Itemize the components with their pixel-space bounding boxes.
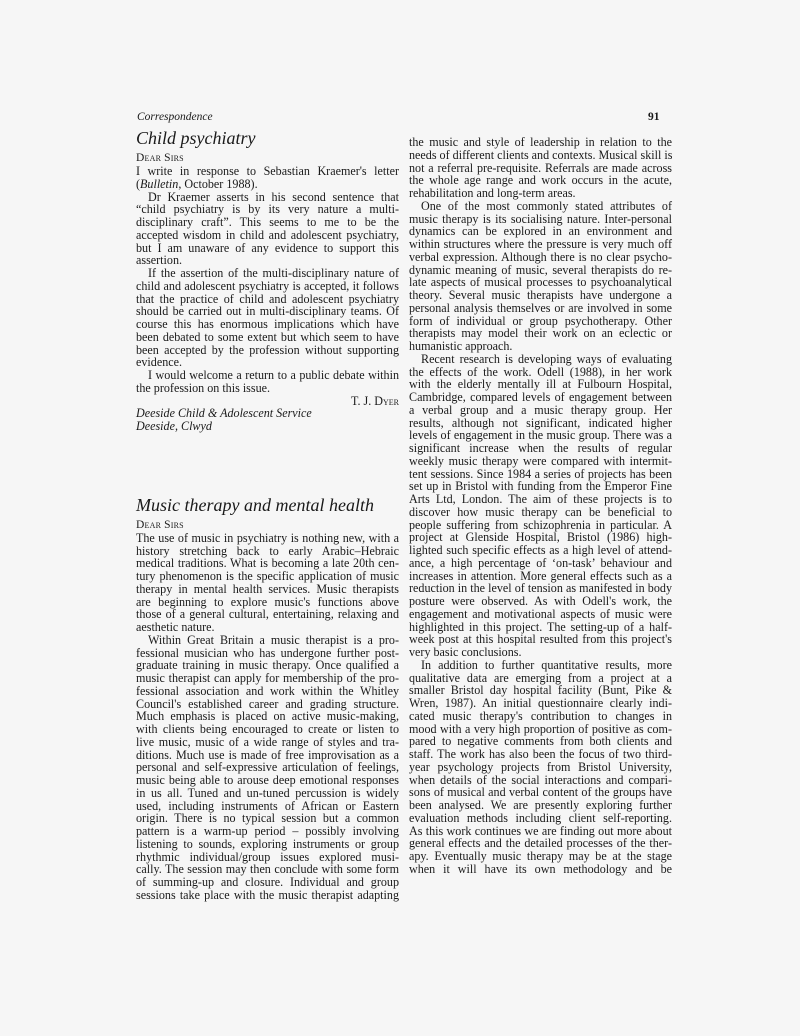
- text-line: weekly music therapy were compared with …: [409, 455, 672, 468]
- article-title-music-therapy: Music therapy and mental health: [136, 495, 399, 515]
- text-line: One of the most commonly stated attribut…: [409, 200, 672, 213]
- text-line: with clients being encouraged to create …: [136, 723, 399, 736]
- text-line: therapy in mental health services. Music…: [136, 583, 399, 596]
- text-line: I would welcome a return to a public deb…: [136, 369, 399, 382]
- running-head: Correspondence: [137, 111, 213, 123]
- text-line: fessional association and work within th…: [136, 685, 399, 698]
- text-line: Arts Ltd, London. The aim of these proje…: [409, 493, 672, 506]
- text-line: If the assertion of the multi-disciplina…: [136, 267, 399, 280]
- page-number: 91: [648, 111, 660, 123]
- text-line: ance, a high percentage of ‘on-task’ beh…: [409, 557, 672, 570]
- text-line: music being able to arouse deep emotiona…: [136, 774, 399, 787]
- text-line: staff. The work has also been the focus …: [409, 748, 672, 761]
- text-line: verbal expression. Although there is no …: [409, 251, 672, 264]
- text-line: been debated to some extent but which se…: [136, 331, 399, 344]
- text-line: evaluation methods including client self…: [409, 812, 672, 825]
- text-line: Recent research is developing ways of ev…: [409, 353, 672, 366]
- text-line: cated music therapy's contribution to ch…: [409, 710, 672, 723]
- text-line: In addition to further quantitative resu…: [409, 659, 672, 672]
- article-title-child-psychiatry: Child psychiatry: [136, 128, 399, 148]
- text-line: listening to sounds, exploring instrumen…: [136, 838, 399, 851]
- text-line: Cambridge, compared levels of engagement…: [409, 391, 672, 404]
- text-line: when it will have its own methodology an…: [409, 863, 672, 876]
- text-line: (Bulletin, October 1988).: [136, 178, 399, 191]
- text-line: within structures where the pressure is …: [409, 238, 672, 251]
- text-line: live music, music of a wide range of sty…: [136, 736, 399, 749]
- text-line: Wren, 1987). An initial questionnaire cl…: [409, 697, 672, 710]
- text-line: lighted such specific effects as a high …: [409, 544, 672, 557]
- text-line: been analysed. We are presently explorin…: [409, 799, 672, 812]
- text-line: apy. Eventually music therapy may be at …: [409, 850, 672, 863]
- text-line: discover how music therapy can be benefi…: [409, 506, 672, 519]
- letter-body-music-therapy-part1: The use of music in psychiatry is nothin…: [136, 532, 399, 902]
- letter-body-child-psychiatry: I write in response to Sebastian Kraemer…: [136, 165, 399, 395]
- text-line: music therapist can apply for membership…: [136, 672, 399, 685]
- text-line: Within Great Britain a music therapist i…: [136, 634, 399, 647]
- text-line: disciplinary craft”. This seems to me to…: [136, 216, 399, 229]
- right-column: the music and style of leadership in rel…: [409, 136, 672, 876]
- text-line: the music and style of leadership in rel…: [409, 136, 672, 149]
- journal-page: Correspondence 91 Child psychiatry Dear …: [0, 0, 800, 1036]
- text-line: course this has enormous implications wh…: [136, 318, 399, 331]
- text-line: of summing-up and closure. Individual an…: [136, 876, 399, 889]
- text-line: accepted wisdom in child and adolescent …: [136, 229, 399, 242]
- text-line: sessions take place with the music thera…: [136, 889, 399, 902]
- text-line: needs of different clients and contexts.…: [409, 149, 672, 162]
- text-line: aesthetic nature.: [136, 621, 399, 634]
- text-line: engagement and motivational aspects of m…: [409, 608, 672, 621]
- text-line: rehabilitation and long-term areas.: [409, 187, 672, 200]
- text-line: tury phenomenon is the specific applicat…: [136, 570, 399, 583]
- affiliation-line: Deeside, Clwyd: [136, 420, 399, 433]
- text-line: child and adolescent psychiatry is accep…: [136, 280, 399, 293]
- text-line: theory. Several music therapists have un…: [409, 289, 672, 302]
- text-line: a verbal group and a music therapy group…: [409, 404, 672, 417]
- letter-body-music-therapy-part2: the music and style of leadership in rel…: [409, 136, 672, 876]
- text-line: significant increase when the results of…: [409, 442, 672, 455]
- text-line: humanistic approach.: [409, 340, 672, 353]
- salutation: Dear Sirs: [136, 519, 399, 532]
- text-line: year psychology projects from Bristol Un…: [409, 761, 672, 774]
- text-line: very basic conclusions.: [409, 646, 672, 659]
- text-line: The use of music in psychiatry is nothin…: [136, 532, 399, 545]
- text-line: in us all. Tuned and un-tuned percussion…: [136, 787, 399, 800]
- left-column: Child psychiatry Dear Sirs I write in re…: [136, 128, 399, 902]
- text-line: posture were observed. As with Odell's w…: [409, 595, 672, 608]
- text-line: the profession on this issue.: [136, 382, 399, 395]
- text-line: pattern is a warm-up period – possibly i…: [136, 825, 399, 838]
- text-line: personal analysis themselves or are invo…: [409, 302, 672, 315]
